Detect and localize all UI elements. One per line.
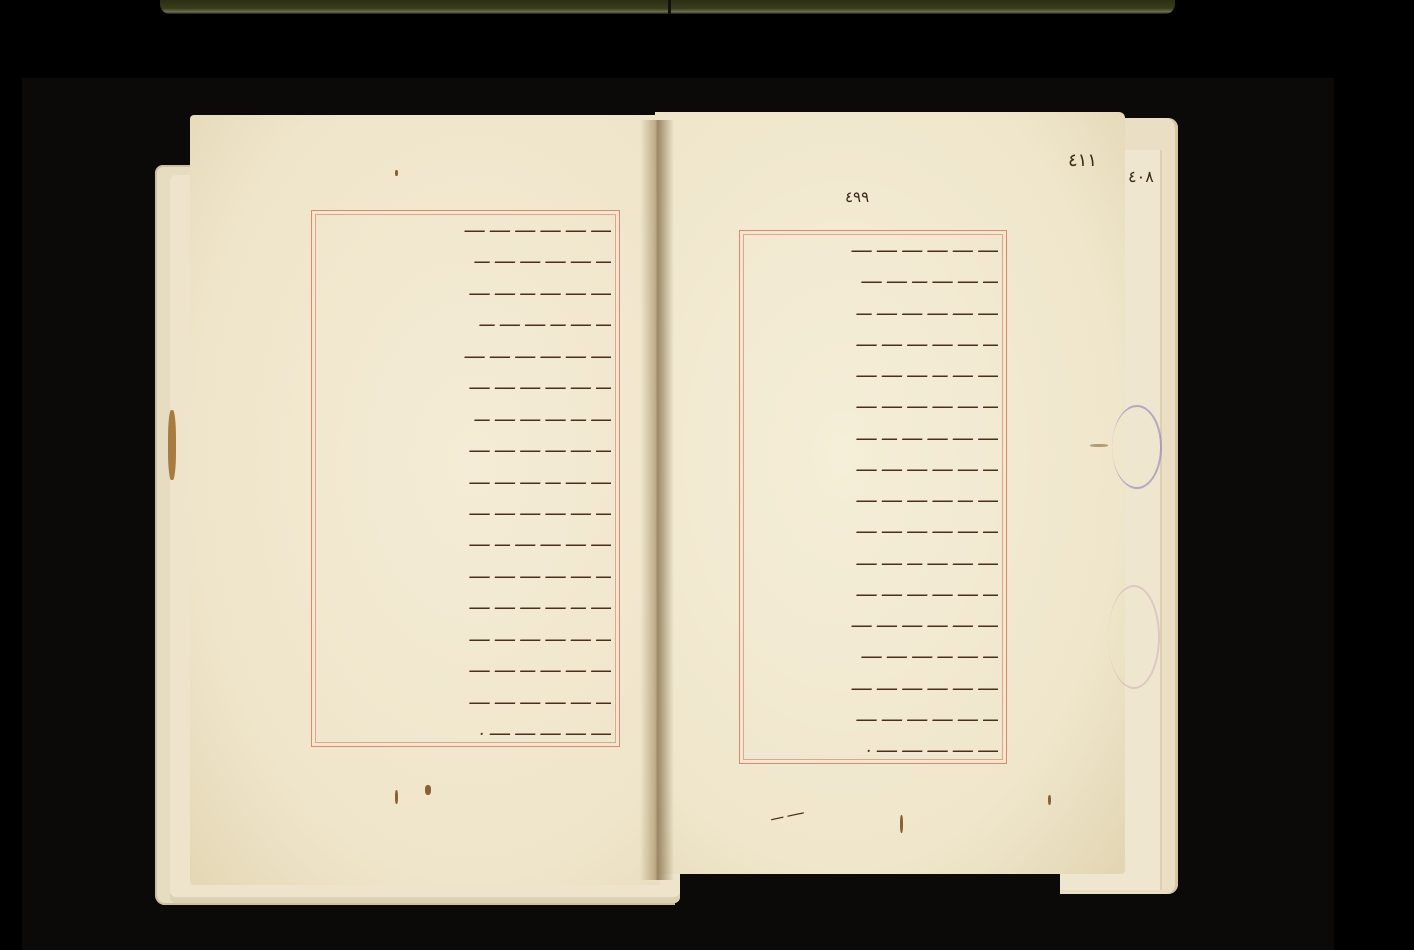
book-gutter [640, 120, 674, 880]
text-line: ـــ ــــ ــــ ــــ ــــ ــــ [320, 437, 611, 457]
ink-speck [1090, 444, 1108, 447]
lightbox-seam [668, 0, 671, 14]
text-line: ـــ ــــ ــــ ـــ ــــ ــــ [748, 268, 998, 288]
text-line: ـــ ــــ ــــ ــــ ــــ ــــ [748, 518, 998, 538]
text-line: ـــ ــــ ــــ ــــ ــــ ــــ [320, 626, 611, 646]
text-line: ـــ ــــ ــــ ــــ ــــ ـــ [320, 248, 611, 268]
folio-number-right: ٤١١ [1068, 150, 1097, 171]
page-edge-stain [168, 410, 176, 480]
text-line: ـــ ــــ ــــ ــــ ــــ ــــ [320, 689, 611, 709]
text-line: ـــ ــــ ــــ ــــ ــــ ــــ [320, 374, 611, 394]
ink-speck [395, 790, 398, 804]
text-line: ــــ ــــ ـــ ــــ ــــ ــــ [320, 469, 611, 489]
ink-speck [1048, 795, 1051, 805]
right-text-lines: ــــ ــــ ــــ ــــ ــــ ــــ ـــ ــــ ـ… [748, 237, 998, 757]
library-stamp-lower [1108, 585, 1160, 689]
text-line: ــــ ــــ ــــ ــــ ــــ ـــ [748, 300, 998, 320]
text-line: ــــ ـــ ــــ ــــ ــــ ــــ [320, 594, 611, 614]
text-line: ــــ ـــ ــــ ــــ ــــ ــــ [748, 487, 998, 507]
text-line: ــــ ــــ ــــ ــــ ــــ . [748, 737, 998, 757]
text-line: ــــ ــــ ــــ ــــ ــــ ــــ [748, 237, 998, 257]
text-line: ــــ ـــ ــــ ــــ ــــ ـــ [320, 406, 611, 426]
lightbox-edge [160, 0, 1175, 14]
text-line: ــــ ــــ ــــ ـــ ــــ ــــ [748, 550, 998, 570]
text-line: ـــ ــــ ــــ ــــ ــــ ــــ [320, 500, 611, 520]
text-line: ـــ ــــ ــــ ــــ ــــ ــــ [748, 456, 998, 476]
text-line: ــــ ــــ ــــ ـــ ــــ ــــ [320, 280, 611, 300]
text-line: ـــ ــــ ــــ ــــ ــــ ــــ [320, 563, 611, 583]
left-text-frame: ــــ‌ ــــ ــــ ــــ ــــ ــــ ـــ ــــ … [311, 210, 620, 747]
text-line: ـــ ــــ ـــ ــــ ــــ ـــ [320, 311, 611, 331]
text-line: ــــ ــــ ــــ ــــ ــــ ــــ [748, 675, 998, 695]
text-line: ــــ ــــ ــــ ــــ ــــ ــــ [320, 343, 611, 363]
ink-speck [425, 785, 431, 795]
text-line: ـــ ــــ ـــ ــــ ــــ ــــ [748, 643, 998, 663]
library-stamp-upper [1112, 405, 1162, 489]
text-line: ـــ ــــ ــــ ــــ ــــ ــــ [748, 706, 998, 726]
text-line: ــــ ــــ ــــ ــــ ــــ . [320, 720, 611, 740]
text-line: ــــ ــــ ــــ ــــ ـــ ــــ [320, 531, 611, 551]
text-line: ــــ ــــ ـــ ــــ ــــ ــــ [748, 362, 998, 382]
text-line: ـــ ــــ ــــ ــــ ــــ ــــ [748, 581, 998, 601]
right-text-frame: ــــ ــــ ــــ ــــ ــــ ــــ ـــ ــــ ـ… [739, 230, 1007, 764]
ink-speck [900, 815, 903, 833]
text-line: ــــ‌ ــــ ــــ ــــ ــــ ــــ [320, 217, 611, 237]
left-text-lines: ــــ‌ ــــ ــــ ــــ ــــ ــــ ـــ ــــ … [320, 217, 611, 740]
text-line: ـــ ــــ ــــ ــــ ــــ ــــ [748, 331, 998, 351]
text-line: ــــ ــــ ــــ ــــ ــــ ــــ [748, 612, 998, 632]
folio-number-edge: ٤٠٨ [1128, 167, 1154, 186]
folio-number-center: ٤٩٩ [845, 188, 869, 206]
text-line: ــــ ــــ ــــ ــــ ـــ ــــ [748, 425, 998, 445]
ink-speck [395, 170, 398, 176]
text-line: ــــ ــــ ــــ ـــ ــــ ــــ [320, 657, 611, 677]
text-line: ـــ ــــ ــــ ــــ ــــ ــــ [748, 393, 998, 413]
